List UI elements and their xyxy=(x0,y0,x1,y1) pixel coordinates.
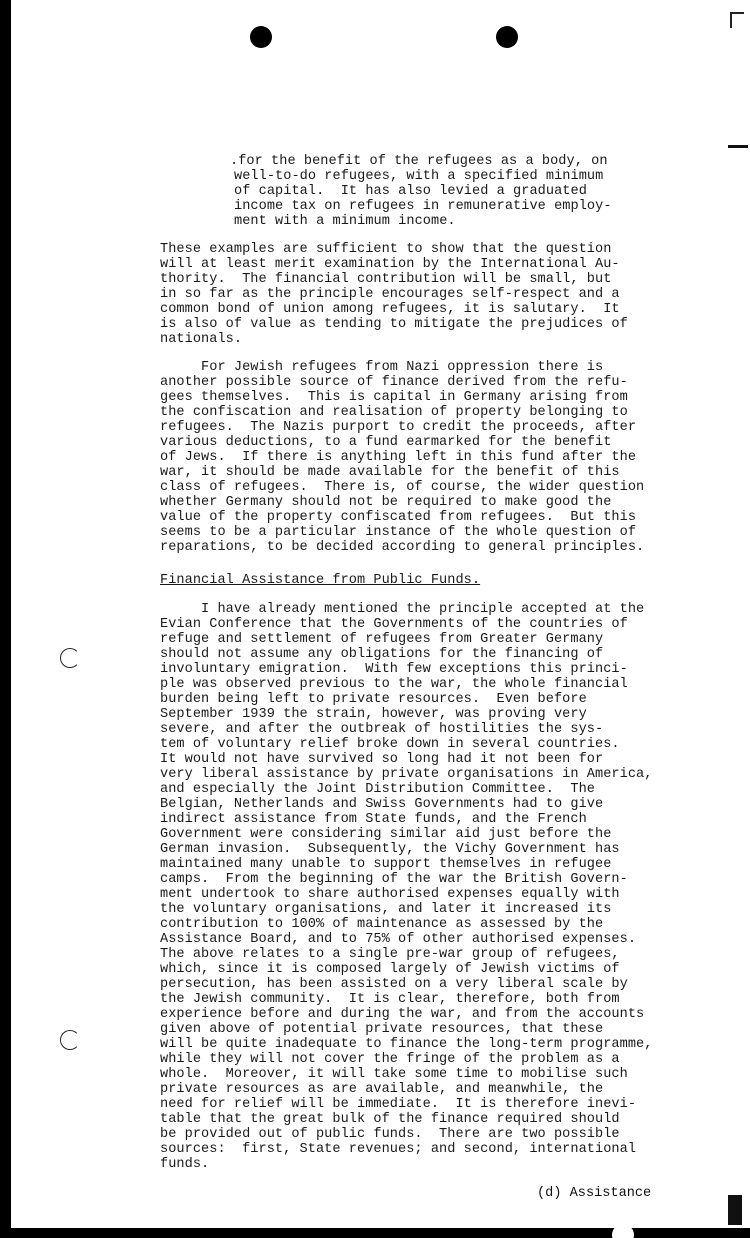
scan-edge-bottom xyxy=(0,1228,750,1238)
text-line: income tax on refugees in remunerative e… xyxy=(234,200,612,214)
text-line: contribution to 100% of maintenance as a… xyxy=(160,918,603,932)
text-line: nationals. xyxy=(160,333,242,347)
text-line: given above of potential private resourc… xyxy=(160,1023,603,1037)
text-line: need for relief will be immediate. It is… xyxy=(160,1098,636,1112)
text-line: camps. From the beginning of the war the… xyxy=(160,873,628,887)
text-line: while they will not cover the fringe of … xyxy=(160,1053,620,1067)
text-line: Assistance Board, and to 75% of other au… xyxy=(160,933,636,947)
text-line: Government were considering similar aid … xyxy=(160,828,611,842)
text-line: whole. Moreover, it will take some time … xyxy=(160,1068,628,1082)
text-line: .for the benefit of the refugees as a bo… xyxy=(230,155,608,169)
text-line: reparations, to be decided according to … xyxy=(160,541,644,555)
punch-hole-right xyxy=(496,26,518,48)
staple-mark-top-base xyxy=(728,145,748,148)
text-line: September 1939 the strain, however, was … xyxy=(160,708,587,722)
text-line: ment undertook to share authorised expen… xyxy=(160,888,620,902)
text-line: war, it should be made available for the… xyxy=(160,466,620,480)
text-line: Belgian, Netherlands and Swiss Governmen… xyxy=(160,798,603,812)
text-line: persecution, has been assisted on a very… xyxy=(160,978,628,992)
text-line: These examples are sufficient to show th… xyxy=(160,243,611,257)
text-line: ple was observed previous to the war, th… xyxy=(160,678,628,692)
text-line: For Jewish refugees from Nazi oppression… xyxy=(160,361,603,375)
text-line: ment with a minimum income. xyxy=(234,215,456,229)
text-line: of Jews. If there is anything left in th… xyxy=(160,451,636,465)
text-line: The above relates to a single pre-war gr… xyxy=(160,948,620,962)
text-line: severe, and after the outbreak of hostil… xyxy=(160,723,603,737)
text-line: indirect assistance from State funds, an… xyxy=(160,813,587,827)
scan-edge-left xyxy=(0,0,11,1238)
text-line: German invasion. Subsequently, the Vichy… xyxy=(160,843,620,857)
text-line: another possible source of finance deriv… xyxy=(160,376,628,390)
staple-mark-bottom xyxy=(728,1195,742,1225)
text-line: whether Germany should not be required t… xyxy=(160,496,611,510)
text-line: will be quite inadequate to finance the … xyxy=(160,1038,652,1052)
text-line: should not assume any obligations for th… xyxy=(160,648,603,662)
text-line: common bond of union among refugees, it … xyxy=(160,303,620,317)
text-line: be provided out of public funds. There a… xyxy=(160,1128,620,1142)
text-line: is also of value as tending to mitigate … xyxy=(160,318,628,332)
staple-mark-top xyxy=(730,12,744,28)
text-line: of capital. It has also levied a graduat… xyxy=(234,185,587,199)
text-line: will at least merit examination by the I… xyxy=(160,258,620,272)
text-line: very liberal assistance by private organ… xyxy=(160,768,652,782)
text-line: maintained many unable to support themse… xyxy=(160,858,611,872)
text-line: thority. The financial contribution will… xyxy=(160,273,611,287)
margin-ring-mark xyxy=(60,1030,80,1050)
text-line: seems to be a particular instance of the… xyxy=(160,526,636,540)
text-line: class of refugees. There is, of course, … xyxy=(160,481,644,495)
text-line: various deductions, to a fund earmarked … xyxy=(160,436,611,450)
text-line: involuntary emigration. With few excepti… xyxy=(160,663,628,677)
text-line: the Jewish community. It is clear, there… xyxy=(160,993,620,1007)
text-line: tem of voluntary relief broke down in se… xyxy=(160,738,620,752)
catchword: (d) Assistance xyxy=(537,1186,651,1201)
text-line: value of the property confiscated from r… xyxy=(160,511,636,525)
text-line: private resources as are available, and … xyxy=(160,1083,603,1097)
text-line: in so far as the principle encourages se… xyxy=(160,288,620,302)
punch-hole-bottom xyxy=(612,1224,634,1238)
text-line: which, since it is composed largely of J… xyxy=(160,963,620,977)
text-line: table that the great bulk of the finance… xyxy=(160,1113,620,1127)
text-line: and especially the Joint Distribution Co… xyxy=(160,783,595,797)
margin-ring-mark xyxy=(60,648,80,668)
punch-hole-left xyxy=(250,26,272,48)
text-line: refuge and settlement of refugees from G… xyxy=(160,633,603,647)
text-line: well-to-do refugees, with a specified mi… xyxy=(234,170,603,184)
text-line: I have already mentioned the principle a… xyxy=(160,603,644,617)
text-line: experience before and during the war, an… xyxy=(160,1008,644,1022)
text-line: It would not have survived so long had i… xyxy=(160,753,603,767)
text-line: the voluntary organisations, and later i… xyxy=(160,903,611,917)
text-line: funds. xyxy=(160,1158,209,1172)
text-line: the confiscation and realisation of prop… xyxy=(160,406,628,420)
text-line: gees themselves. This is capital in Germ… xyxy=(160,391,628,405)
section-heading: Financial Assistance from Public Funds. xyxy=(160,574,480,588)
text-line: sources: first, State revenues; and seco… xyxy=(160,1143,636,1157)
text-line: refugees. The Nazis purport to credit th… xyxy=(160,421,636,435)
text-line: burden being left to private resources. … xyxy=(160,693,587,707)
text-line: Evian Conference that the Governments of… xyxy=(160,618,628,632)
